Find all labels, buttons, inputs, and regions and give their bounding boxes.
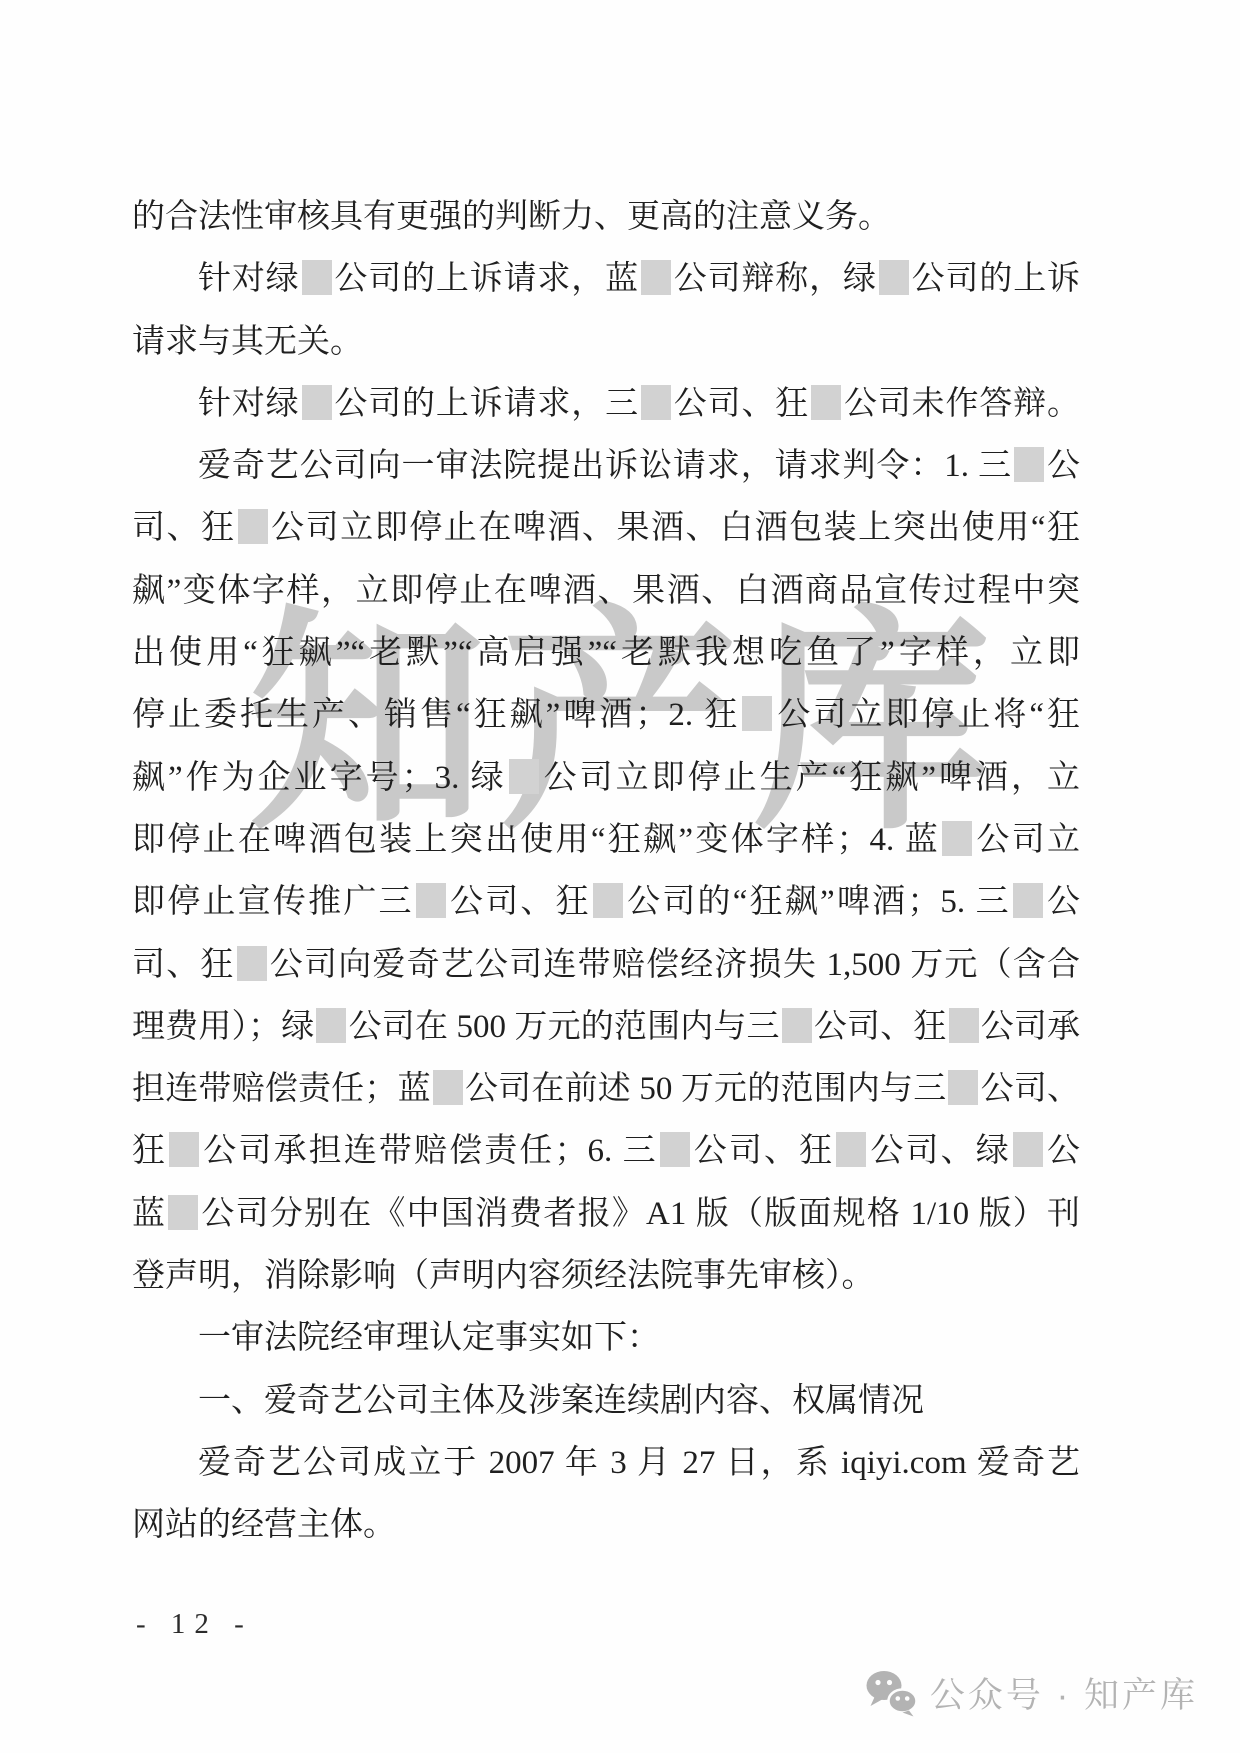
redaction-box [836,1132,866,1167]
redaction-box [316,1008,346,1043]
document-line: 针对绿公司的上诉请求，三公司、狂公司未作答辩。 [132,373,1080,435]
redaction-box [302,260,332,295]
document-line: 即停止宣传推广三公司、狂公司的“狂飙”啤酒；5. 三公 [132,871,1080,933]
redaction-box [169,1132,199,1167]
redaction-box [238,509,268,544]
redaction-box [742,696,772,731]
redaction-box [660,1132,690,1167]
document-line: 一、爱奇艺公司主体及涉案连续剧内容、权属情况 [132,1370,1080,1432]
document-line: 即停止在啤酒包装上突出使用“狂飙”变体字样；4. 蓝公司立 [132,809,1080,871]
footer-brand: 公众号 · 知产库 [864,1668,1198,1718]
document-line: 司、狂公司向爱奇艺公司连带赔偿经济损失 1,500 万元（含合 [132,934,1080,996]
document-line: 爱奇艺公司成立于 2007 年 3 月 27 日，系 iqiyi.com 爱奇艺 [132,1432,1080,1494]
document-line: 登声明，消除影响（声明内容须经法院事先审核）。 [132,1245,1080,1307]
wechat-logo-icon [864,1669,918,1717]
redaction-box [509,759,539,794]
page-number: - 12 - [136,1608,253,1641]
redaction-box [1013,1132,1043,1167]
redaction-box [1014,447,1044,482]
document-line: 的合法性审核具有更强的判断力、更高的注意义务。 [132,186,1080,248]
document-line: 飙”作为企业字号；3. 绿公司立即停止生产“狂飙”啤酒，立 [132,747,1080,809]
document-line: 针对绿公司的上诉请求，蓝公司辩称，绿公司的上诉 [132,248,1080,310]
document-line: 狂公司承担连带赔偿责任；6. 三公司、狂公司、绿公司、 [132,1120,1080,1182]
judgment-text-body: 的合法性审核具有更强的判断力、更高的注意义务。针对绿公司的上诉请求，蓝公司辩称，… [132,186,1080,1557]
document-line: 出使用“狂飙”“老默”“高启强”“老默我想吃鱼了”字样，立即 [132,622,1080,684]
redaction-box [593,883,623,918]
document-page: { "watermark": { "text": "知产库", "color":… [0,0,1240,1753]
document-line: 网站的经营主体。 [132,1494,1080,1556]
document-line: 请求与其无关。 [132,311,1080,373]
redaction-box [811,385,841,420]
redaction-box [641,385,671,420]
redaction-box [1013,883,1043,918]
redaction-box [948,1070,978,1105]
document-line: 停止委托生产、销售“狂飙”啤酒；2. 狂公司立即停止将“狂 [132,684,1080,746]
redaction-box [168,1195,198,1230]
redaction-box [879,260,909,295]
redaction-box [302,385,332,420]
redaction-box [433,1070,463,1105]
footer-account-label: 公众号 · 知产库 [930,1668,1198,1718]
document-line: 担连带赔偿责任；蓝公司在前述 50 万元的范围内与三公司、 [132,1058,1080,1120]
document-line: 理费用）；绿公司在 500 万元的范围内与三公司、狂公司承 [132,996,1080,1058]
document-line: 爱奇艺公司向一审法院提出诉讼请求，请求判令：1. 三公 [132,435,1080,497]
redaction-box [641,260,671,295]
redaction-box [237,946,267,981]
redaction-box [782,1008,812,1043]
document-line: 飙”变体字样，立即停止在啤酒、果酒、白酒商品宣传过程中突 [132,560,1080,622]
document-line: 一审法院经审理认定事实如下： [132,1307,1080,1369]
redaction-box [416,883,446,918]
redaction-box [942,821,972,856]
document-line: 蓝公司分别在《中国消费者报》A1 版（版面规格 1/10 版）刊 [132,1183,1080,1245]
redaction-box [949,1008,979,1043]
document-line: 司、狂公司立即停止在啤酒、果酒、白酒包装上突出使用“狂 [132,497,1080,559]
